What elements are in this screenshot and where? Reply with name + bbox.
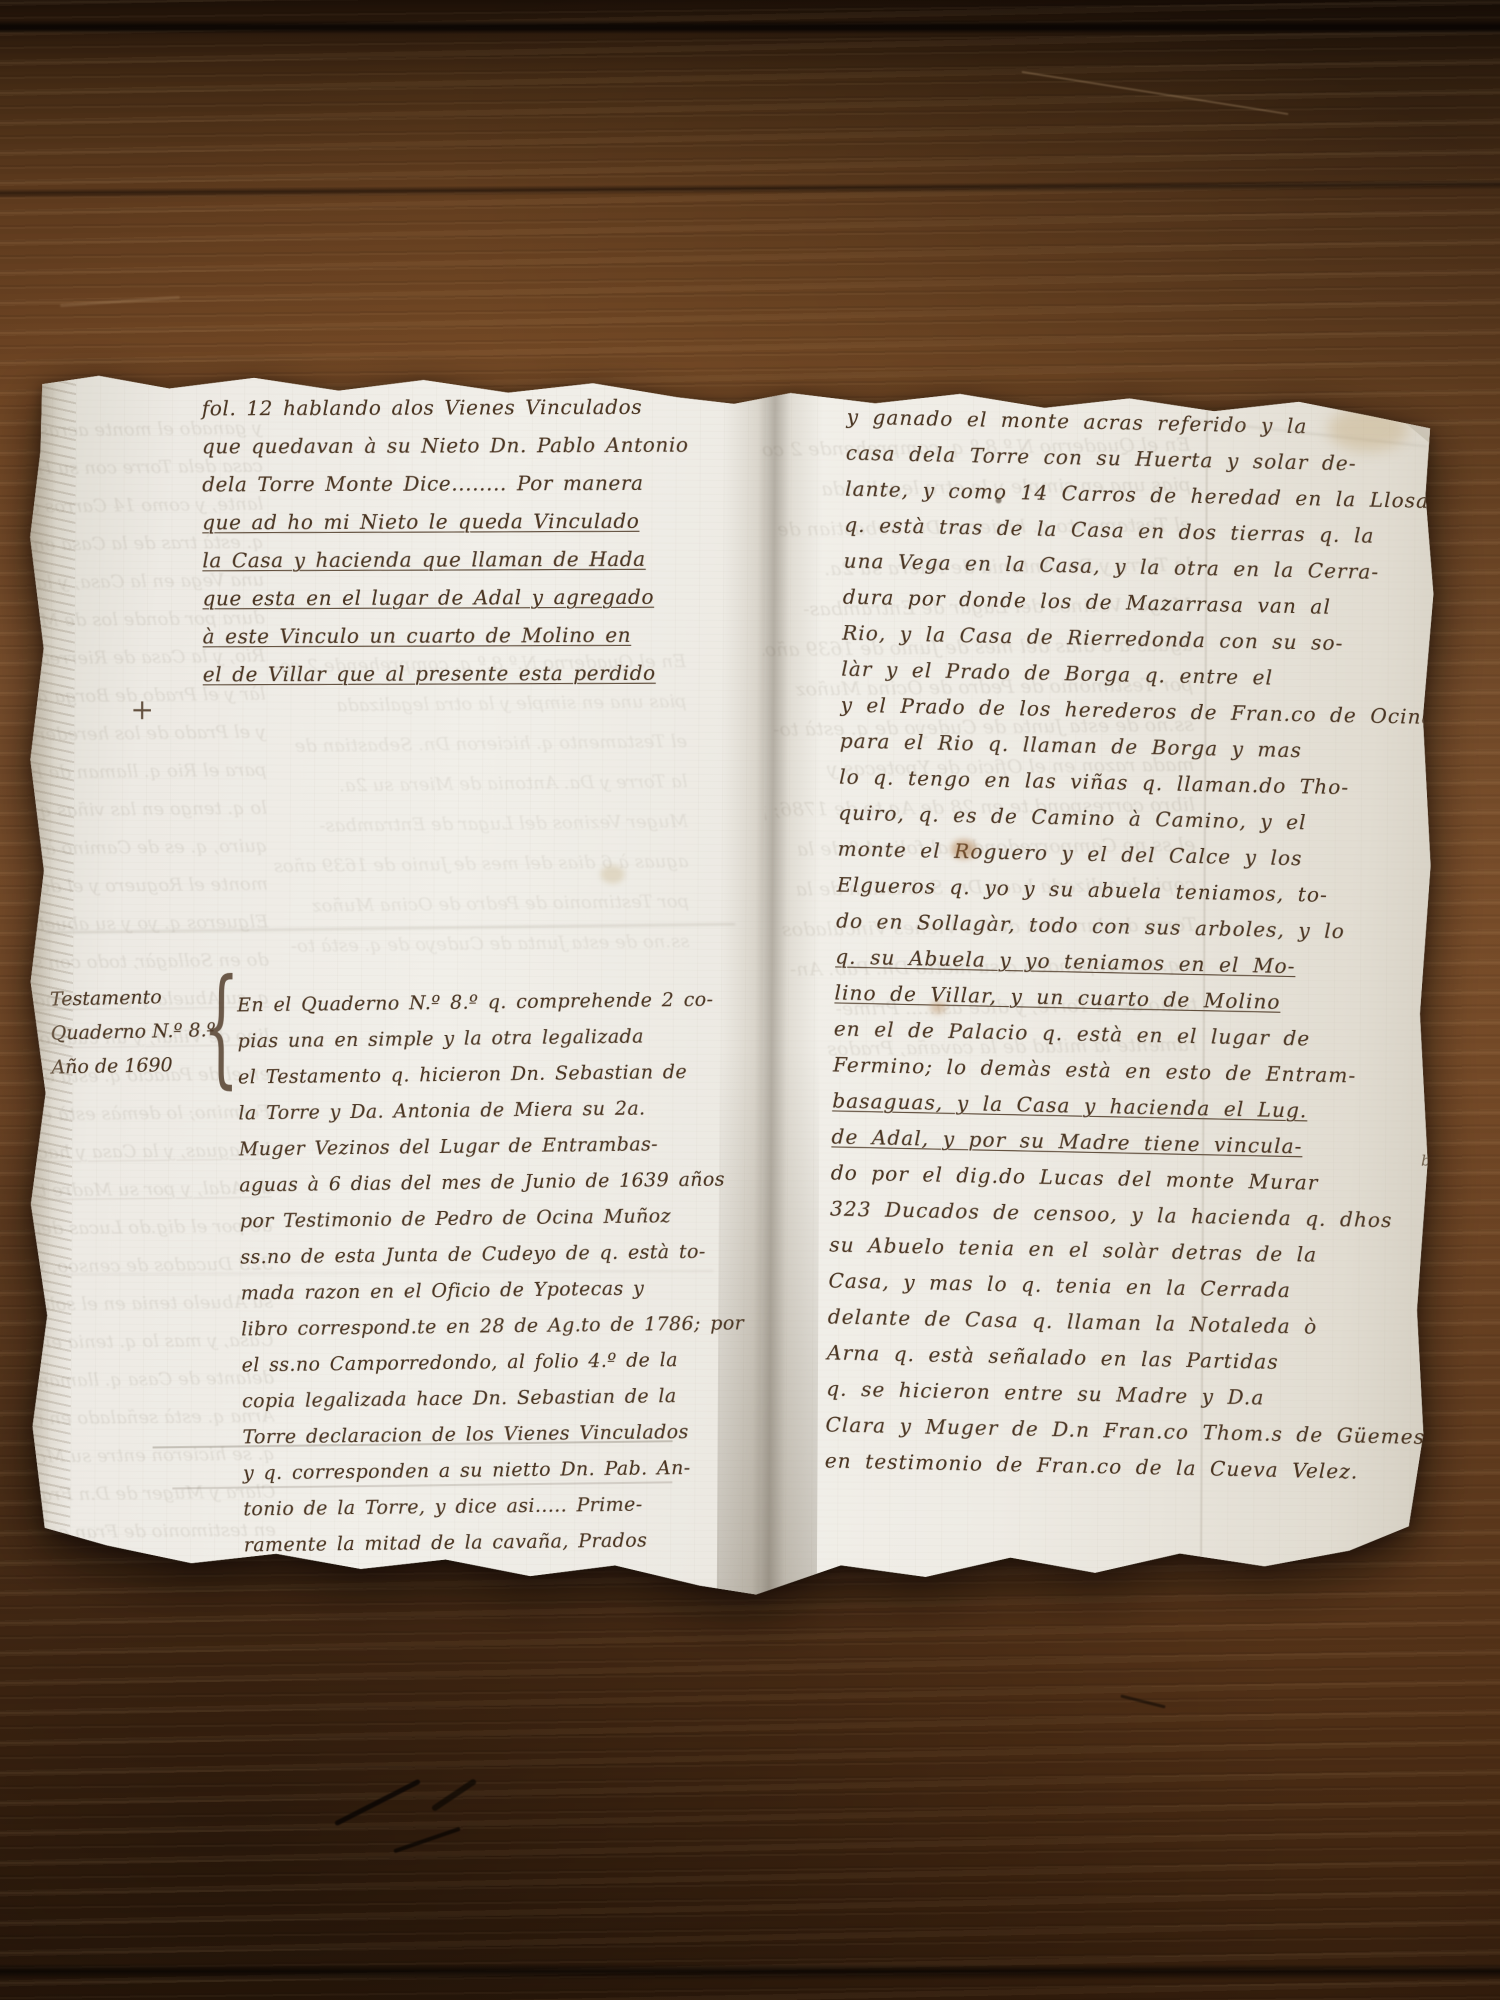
manuscript-line: delante de Casa q. llaman la Notaleda ò	[40, 1360, 274, 1401]
manuscript-line: que ad ho mi Nieto le queda Vinculado	[202, 502, 689, 542]
wood-scratch-light	[1022, 71, 1289, 115]
manuscript-line: Torre declaracion de los Vienes Vinculad…	[242, 1413, 745, 1455]
manuscript-line: el de Villar que al presente esta perdid…	[203, 654, 690, 694]
manuscript-line: q. se hicieron entre su Madre y D.a	[41, 1436, 275, 1477]
manuscript-line: pias una en simple y la otra legalizada	[237, 1017, 740, 1059]
manuscript-line: dela Torre Monte Dice........ Por manera	[202, 464, 689, 504]
left-page-opening-paragraph: fol. 12 hablando alos Vienes Vinculadosq…	[202, 388, 690, 694]
manuscript-line: aguas à 6 dias del mes de Junio de 1639 …	[239, 1161, 742, 1203]
manuscript-line: Quaderno N.º 8.º	[50, 1013, 216, 1050]
wood-scratch	[393, 1827, 460, 1854]
manuscript-line: lo q. tengo en las viñas q. llaman.do Th…	[33, 790, 267, 831]
manuscript-line: Casa, y mas lo q. tenia en la Cerrada	[39, 1322, 273, 1363]
manuscript-line: En el Quaderno N.º 8.º q. comprehende 2 …	[237, 981, 740, 1023]
wood-plank-seam-top	[0, 20, 1500, 34]
wood-scratch	[1120, 1694, 1165, 1708]
manuscript-line: la Torre y Da. Antonia de Miera su 2a.	[238, 1089, 741, 1131]
manuscript-line: en testimonio de Fran.co de la Cueva Vel…	[42, 1511, 276, 1542]
manuscript-line: Muger Vezinos del Lugar de Entrambas-	[239, 1125, 742, 1167]
wood-scratch	[431, 1778, 477, 1812]
manuscript-line: por Testimonio de Pedro de Ocina Muñoz	[240, 1197, 743, 1239]
manuscript-line: aguas à 6 dias del mes de Junio de 1639 …	[258, 842, 688, 887]
manuscript-line: ss.no de esta Junta de Cudeyo de q. està…	[240, 1233, 743, 1275]
margin-note-testamento: TestamentoQuaderno N.º 8.ºAño de 1690	[50, 979, 217, 1084]
photo-scene: y ganado el monte acras referido y lacas…	[0, 0, 1500, 2000]
manuscript-line: tonio de la Torre, y dice asi..... Prime…	[243, 1485, 746, 1527]
manuscript-line: que esta en el lugar de Adal y agregado	[202, 578, 689, 618]
manuscript-line: de Adal, y por su Madre tiene vincula-	[37, 1170, 271, 1211]
manuscript-line: ss.no de esta Junta de Cudeyo de q. està…	[259, 922, 689, 967]
wood-scratch	[334, 1779, 421, 1827]
manuscript-line: Testamento	[50, 979, 216, 1016]
wood-plank-seam-bottom	[0, 1964, 1500, 1980]
manuscript-line: copia legalizada hace Dn. Sebastian de l…	[242, 1377, 745, 1419]
manuscript-line: fol. 12 hablando alos Vienes Vinculados	[202, 388, 689, 428]
wood-plank-seam-upper	[0, 179, 1500, 198]
wood-scratch-light	[60, 296, 180, 307]
manuscript-paper: y ganado el monte acras referido y lacas…	[22, 364, 1440, 1606]
page-marker: b	[1421, 1152, 1431, 1170]
manuscript-line: libro correspond.te en 28 de Ag.to de 17…	[241, 1305, 744, 1347]
manuscript-line: el Testamento q. hicieron Dn. Sebastian …	[238, 1053, 741, 1095]
manuscript-line: quiro, q. es de Camino à Camino, y el	[33, 828, 267, 869]
right-page-paragraph: y ganado el monte acras referido y lacas…	[824, 399, 1446, 1491]
manuscript-line: para el Rio q. llaman de Borga y mas	[32, 752, 266, 793]
manuscript-line: mada razon en el Oficio de Ypotecas y	[260, 962, 690, 977]
brace-mark: {	[202, 963, 239, 1091]
manuscript-left-page: y ganado el monte acras referido y lacas…	[22, 364, 765, 1603]
manuscript-line: ramente la mitad de la cavaña, Prados	[244, 1521, 747, 1563]
manuscript-line: Arna q. està señalado en las Partidas	[40, 1398, 274, 1439]
manuscript-line: la Casa y hacienda que llaman de Hada	[202, 540, 689, 580]
manuscript-line: Clara y Muger de D.n Fran.co Thom.s de G…	[41, 1474, 275, 1515]
manuscript-line: que quedavan à su Nieto Dn. Pablo Antoni…	[202, 426, 689, 466]
manuscript-line: Muger Vezinos del Lugar de Entrambas-	[258, 802, 688, 847]
manuscript-sheet: y ganado el monte acras referido y lacas…	[22, 364, 1440, 1606]
manuscript-line: monte el Roguero y el del Calce y los	[34, 866, 268, 907]
manuscript-line: à este Vinculo un cuarto de Molino en	[203, 616, 690, 656]
manuscript-line: la Torre y Da. Antonia de Miera su 2a.	[257, 762, 687, 807]
manuscript-line: basaguas, y la Casa y hacienda el Lug.	[37, 1132, 271, 1173]
cross-mark: +	[130, 693, 154, 726]
manuscript-line: mada razon en el Oficio de Ypotecas y	[241, 1269, 744, 1311]
manuscript-line: por Testimonio de Pedro de Ocina Muñoz	[259, 882, 689, 927]
manuscript-line: su Abuelo tenia en el solàr detras de la	[39, 1284, 273, 1325]
manuscript-right-page: En el Quaderno N.º 8.º q. comprehende 2 …	[759, 368, 1440, 1607]
manuscript-line: Año de 1690	[51, 1047, 217, 1084]
manuscript-line: Elgueros q. yo y su abuela teniamos, to-	[34, 904, 268, 945]
manuscript-line: 323 Ducados de censoo, y la hacienda q. …	[38, 1246, 272, 1287]
left-page-body-paragraph: En el Quaderno N.º 8.º q. comprehende 2 …	[237, 981, 747, 1563]
manuscript-line: el Testamento q. hicieron Dn. Sebastian …	[257, 722, 687, 767]
manuscript-line: do por el dig.do Lucas del monte Murar	[38, 1208, 272, 1249]
manuscript-line: y q. corresponden a su nietto Dn. Pab. A…	[243, 1449, 746, 1491]
manuscript-line: el ss.no Camporredondo, al folio 4.º de …	[241, 1341, 744, 1383]
